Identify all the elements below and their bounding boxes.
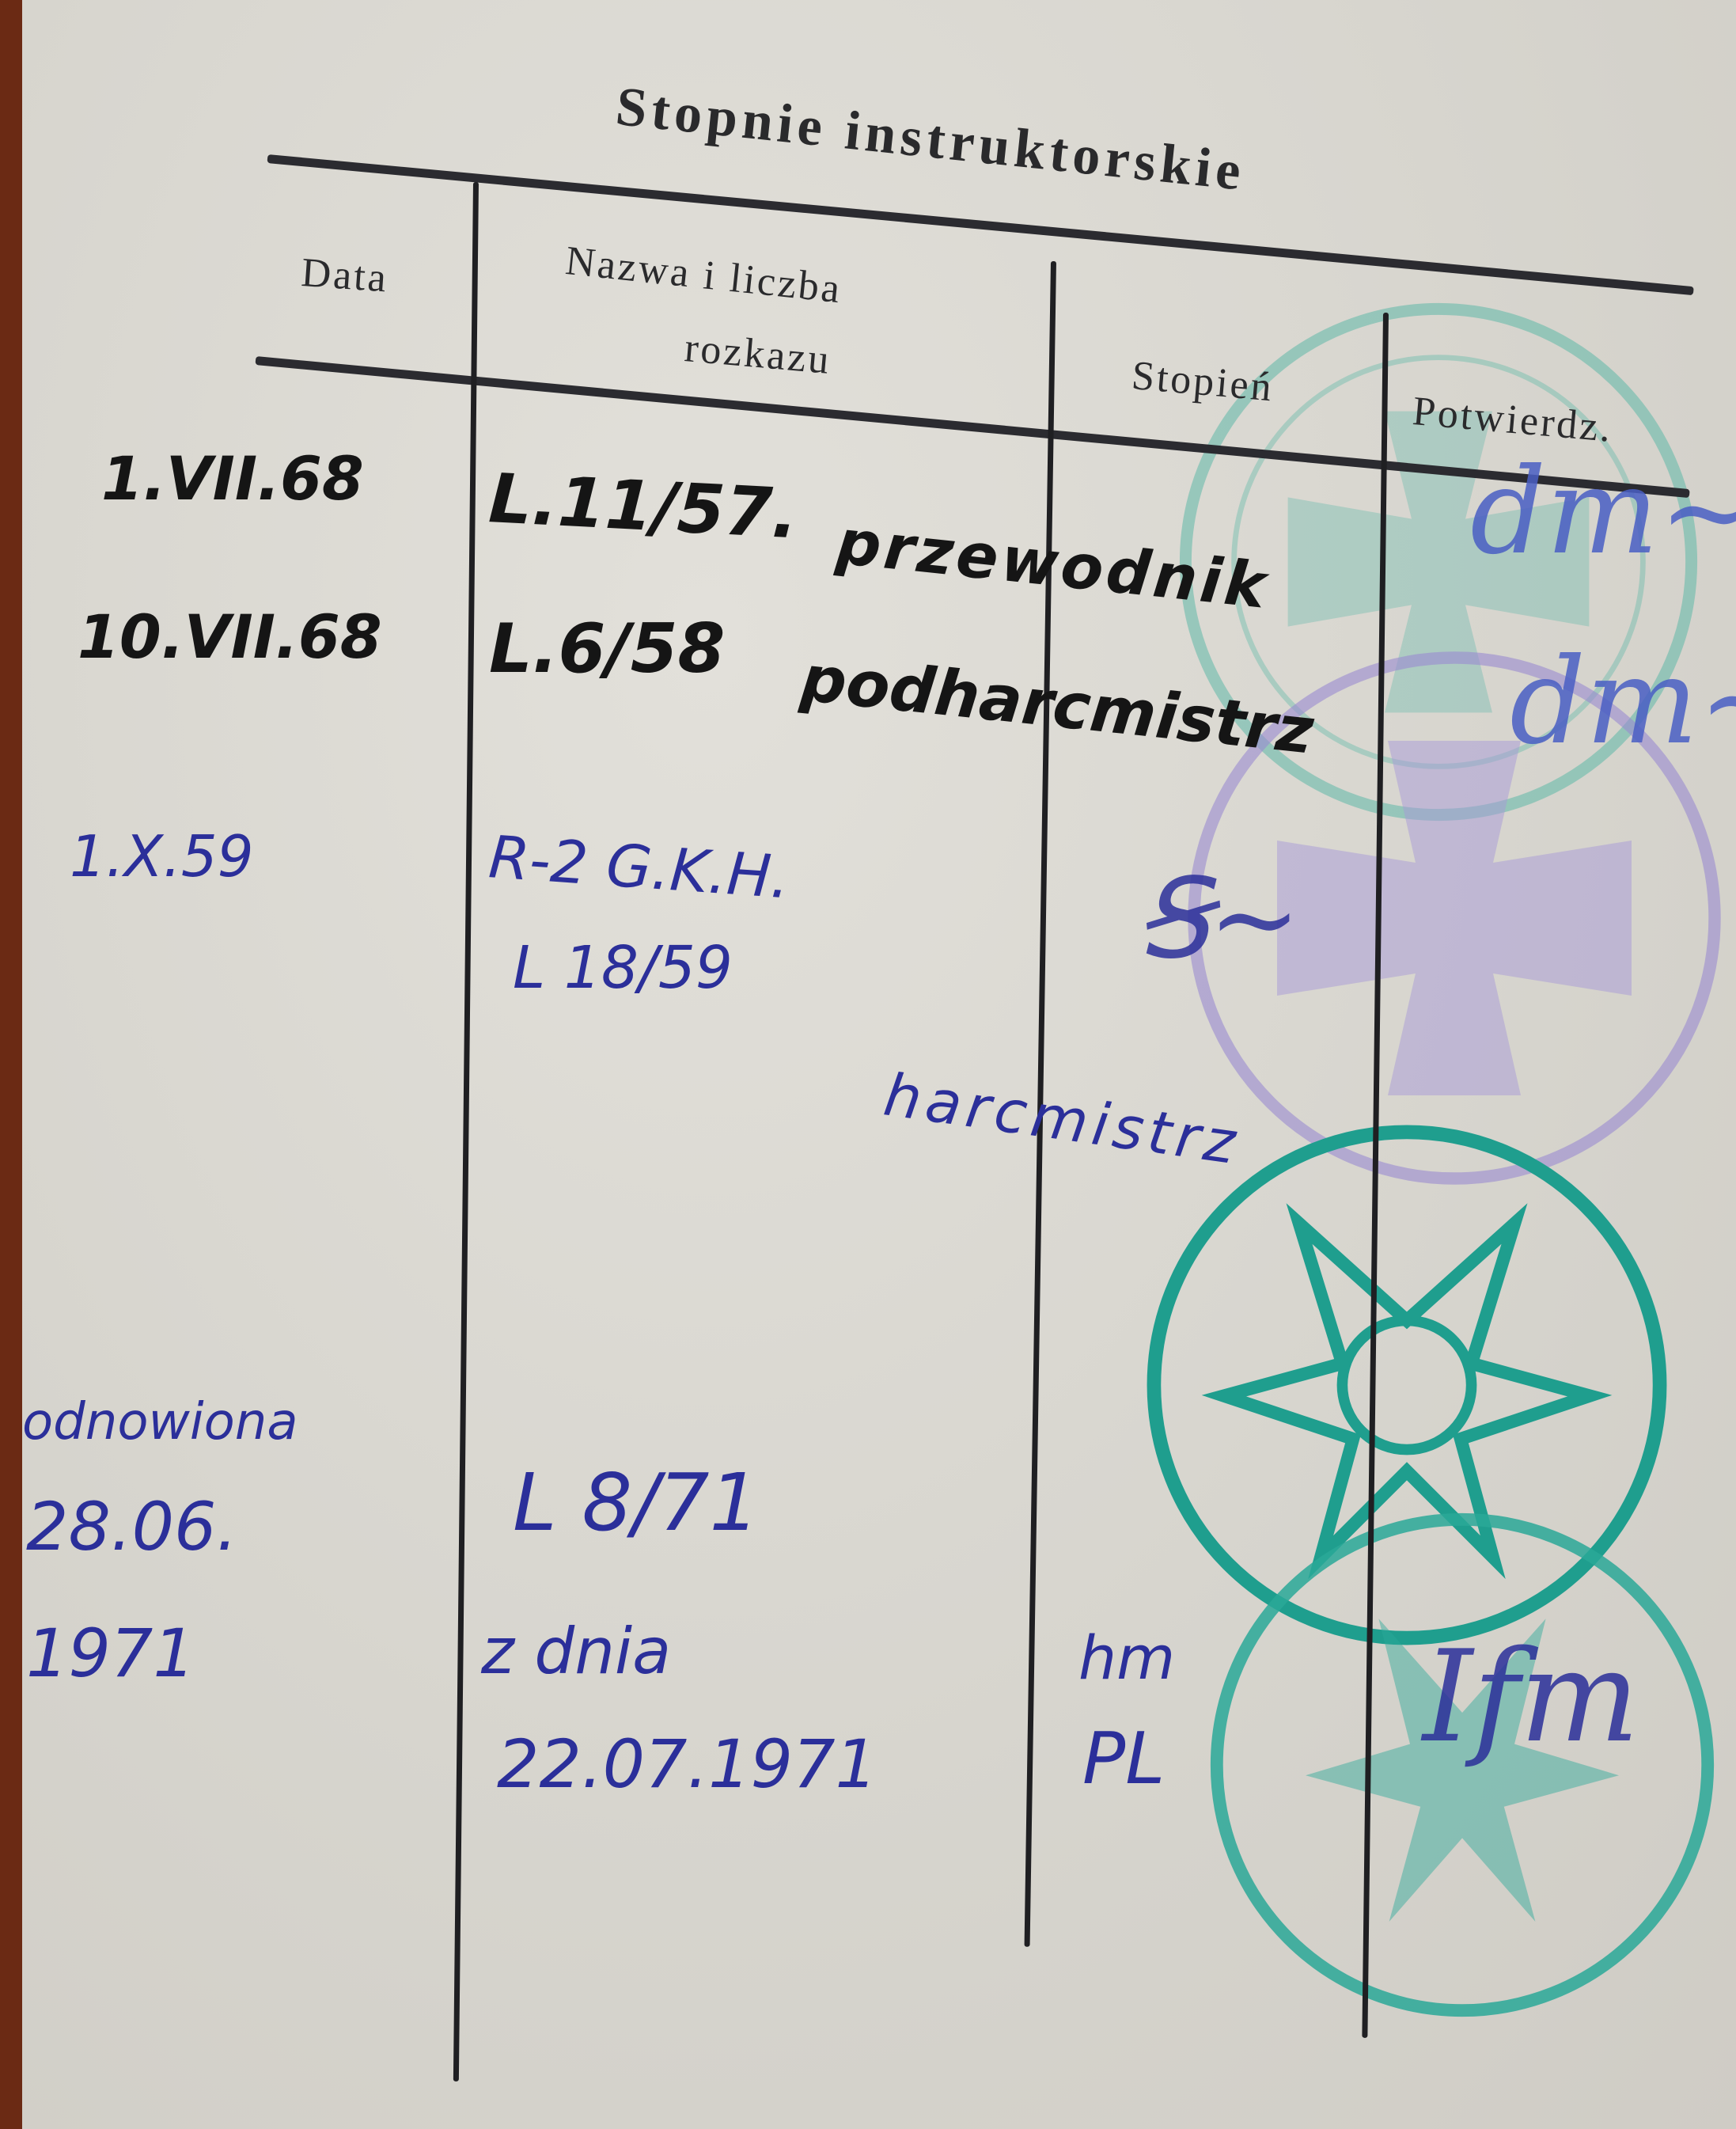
column-header-nazwa: Nazwa i liczba	[563, 237, 844, 313]
row3-signature: Ꞩ~	[1138, 855, 1301, 984]
row4-signature: Ifm	[1423, 1622, 1639, 1770]
row1-order: L.11/57.	[487, 459, 800, 554]
row4-order-line2: z dnia	[481, 1615, 671, 1688]
row2-signature: dm~	[1510, 633, 1736, 771]
row1-date: 1.VII.68	[101, 443, 364, 514]
row1-signature: dm~	[1470, 443, 1736, 581]
row4-date-line1: odnowiona	[22, 1393, 298, 1452]
row3-date: 1.X.59	[70, 823, 254, 890]
row2-order: L.6/58	[489, 609, 725, 689]
row4-order-line3: 22.07.1971	[497, 1725, 877, 1803]
row4-order-line1: L 8/71	[513, 1456, 760, 1549]
column-header-rozkazu: rozkazu	[683, 324, 833, 384]
document-page: Stopnie instruktorskie Data Nazwa i licz…	[22, 0, 1736, 2129]
row3-order-line1: R-2 G.K.H.	[487, 823, 792, 912]
column-header-data: Data	[300, 249, 390, 302]
row3-order-line2: L 18/59	[513, 934, 733, 1002]
row2-date: 10.VII.68	[78, 602, 382, 672]
column-divider-1	[453, 182, 479, 2082]
row4-rank-line2: PL	[1082, 1717, 1165, 1801]
section-title: Stopnie instruktorskie	[613, 75, 1249, 204]
row4-rank-line1: hm	[1078, 1622, 1175, 1693]
row4-date-line2: 28.06.	[26, 1488, 237, 1565]
row4-date-line3: 1971	[26, 1615, 195, 1692]
